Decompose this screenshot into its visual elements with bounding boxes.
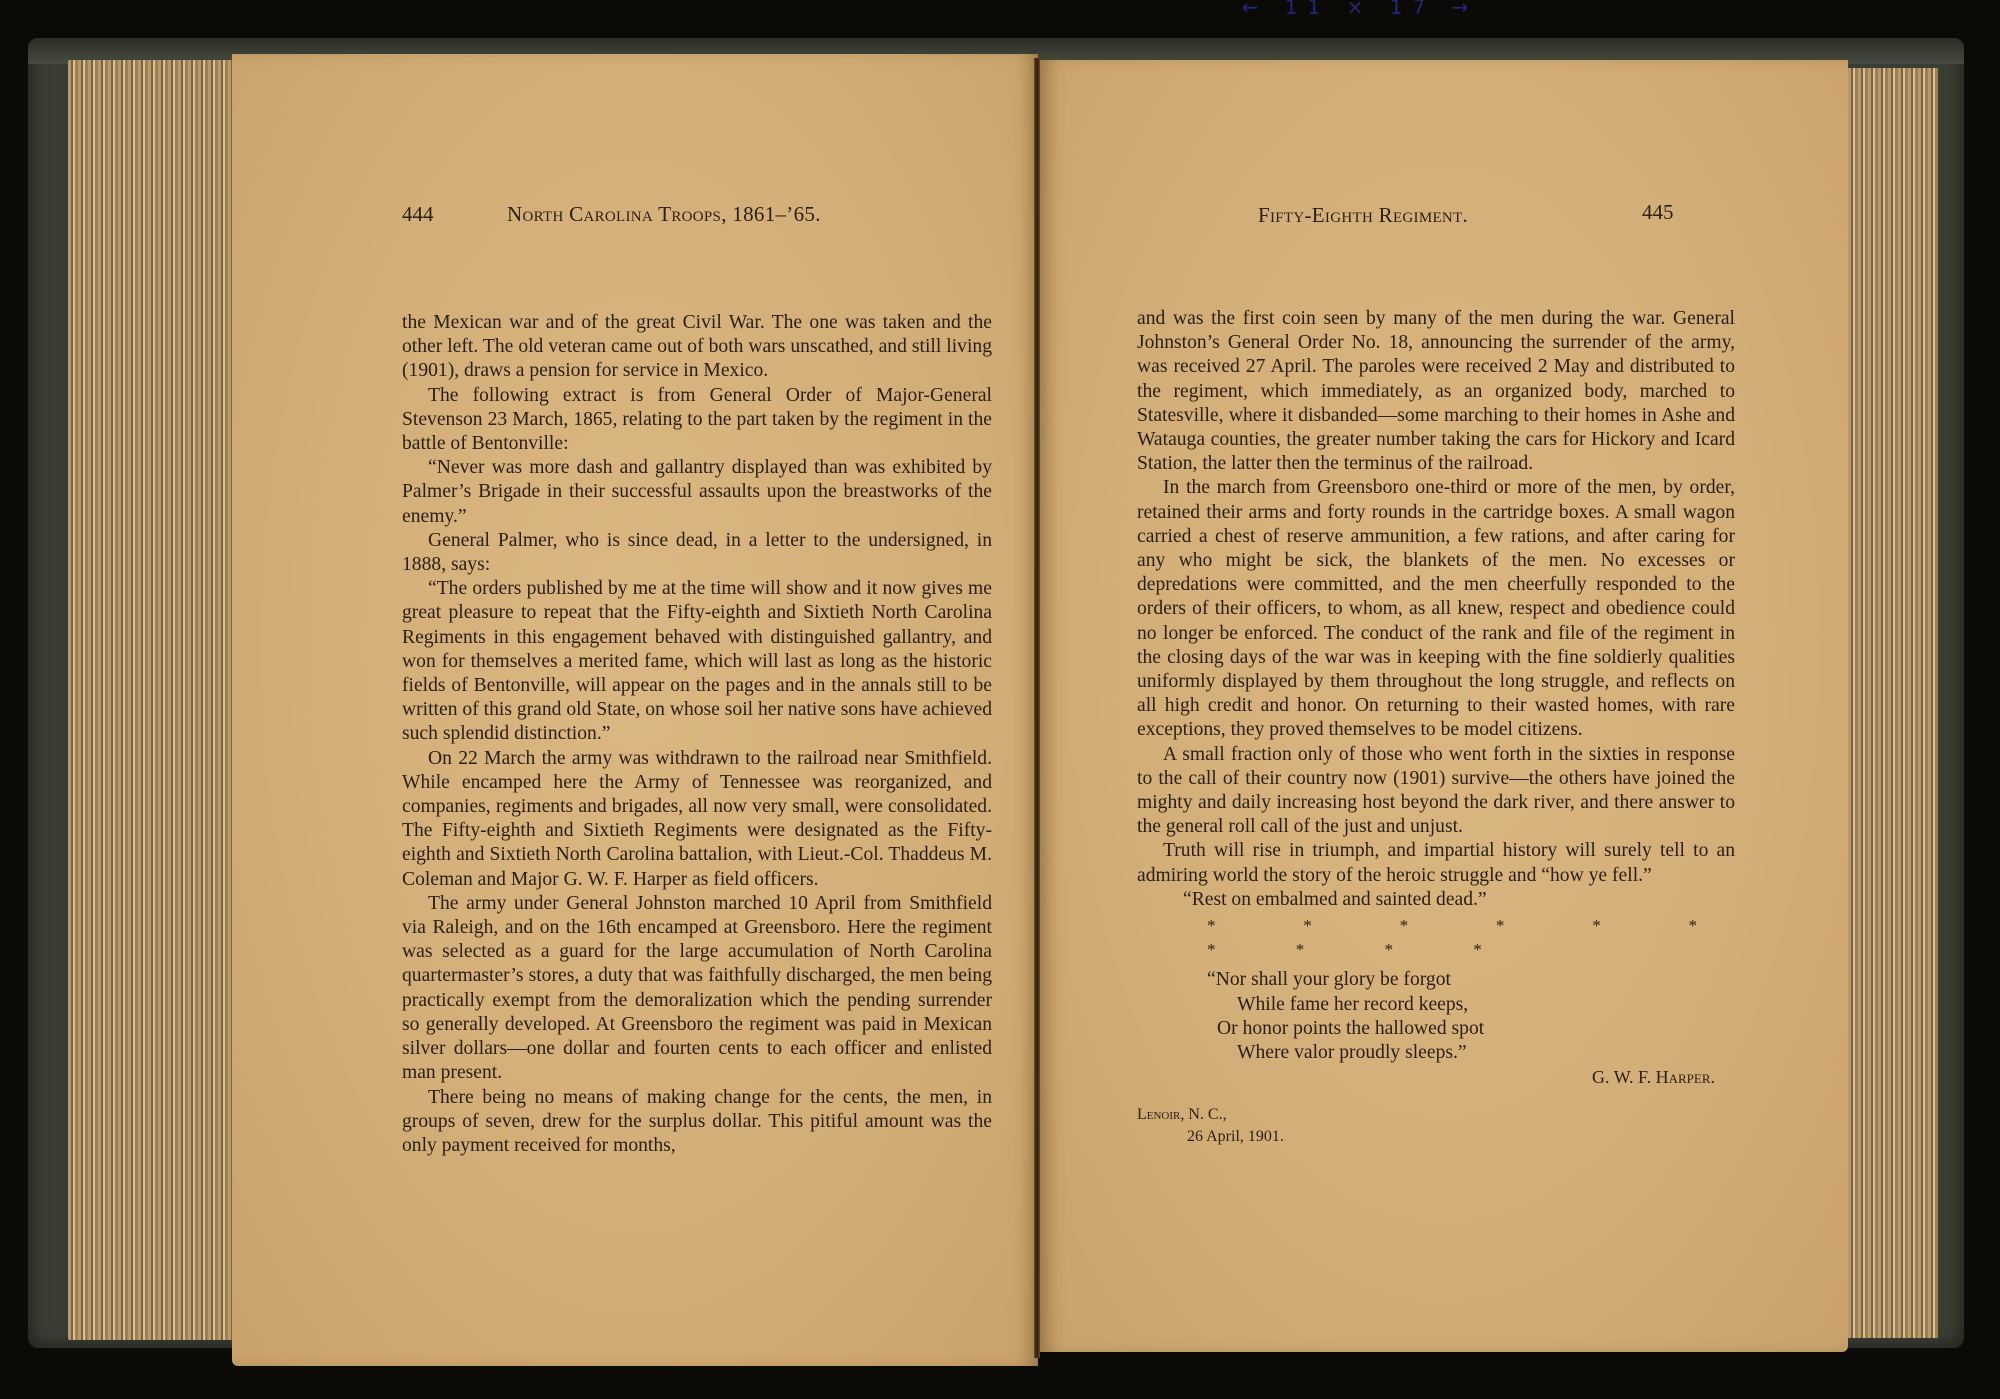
quoted-paragraph: “Never was more dash and gallantry displ… [402,456,992,529]
verse-line: “Nor shall your glory be forgot [1207,968,1735,992]
body-text: and was the first coin seen by many of t… [1137,307,1735,1148]
left-page: 444 North Carolina Troops, 1861–’65. the… [232,54,1038,1366]
paragraph: The army under General Johnston marched … [402,892,992,1086]
page-number: 444 [402,202,434,227]
verse: “Nor shall your glory be forgot While fa… [1207,968,1735,1065]
paragraph: The following extract is from General Or… [402,384,992,457]
paragraph: On 22 March the army was withdrawn to th… [402,747,992,892]
scan-size-mark: ← 11 × 17 → [1195,0,1525,18]
body-text: the Mexican war and of the great Civil W… [402,311,992,1158]
running-head: Fifty-Eighth Regiment. [1258,203,1468,228]
quote-line: “Rest on embalmed and sainted dead.” [1183,888,1735,912]
right-page: Fifty-Eighth Regiment. 445 and was the f… [1040,60,1848,1352]
section-stars: * * * * * * * * * * [1207,914,1735,962]
dateline-place: Lenoir, N. C., [1137,1104,1735,1126]
paragraph: and was the first coin seen by many of t… [1137,307,1735,476]
paragraph: General Palmer, who is since dead, in a … [402,529,992,577]
paragraph: Truth will rise in triumph, and impartia… [1137,839,1735,887]
verse-line: Or honor points the hallowed spot [1207,1017,1735,1041]
paragraph: the Mexican war and of the great Civil W… [402,311,992,384]
paragraph: There being no means of making change fo… [402,1086,992,1159]
author-signature: G. W. F. Harper. [1137,1065,1715,1089]
paragraph: A small fraction only of those who went … [1137,743,1735,840]
page-number: 445 [1642,200,1674,225]
quoted-paragraph: “The orders published by me at the time … [402,577,992,746]
right-page-stack [1848,68,1938,1338]
dateline-date: 26 April, 1901. [1137,1126,1735,1148]
paragraph: In the march from Greensboro one-third o… [1137,476,1735,742]
dateline: Lenoir, N. C., 26 April, 1901. [1137,1104,1735,1148]
verse-line: Where valor proudly sleeps.” [1207,1041,1735,1065]
running-head: North Carolina Troops, 1861–’65. [507,202,821,227]
verse-line: While fame her record keeps, [1207,993,1735,1017]
left-page-stack [68,60,248,1340]
